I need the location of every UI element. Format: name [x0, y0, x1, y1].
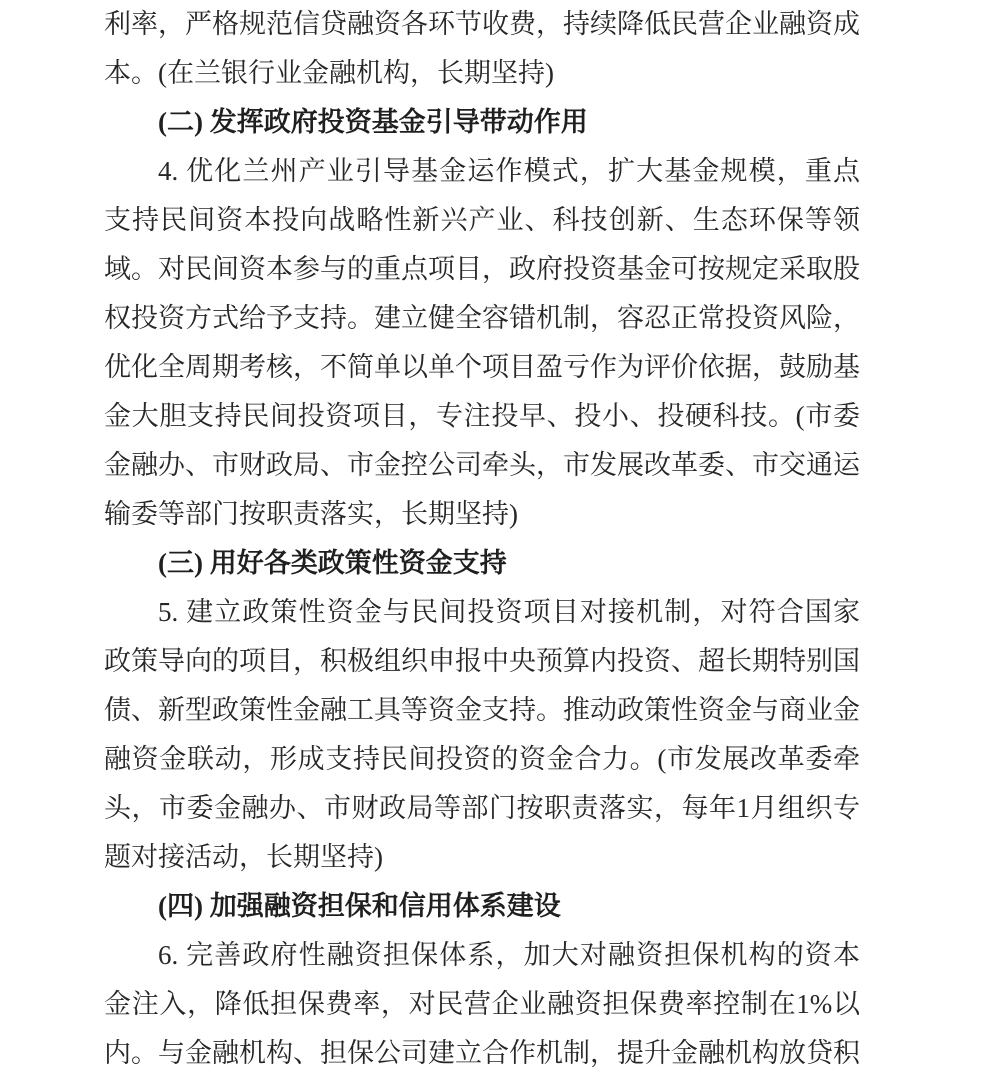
- body-text-line: 政策导向的项目，积极组织申报中央预算内投资、超长期特别国: [104, 637, 860, 686]
- document-page: 利率，严格规范信贷融资各环节收费，持续降低民营企业融资成本。(在兰银行业金融机构…: [0, 0, 984, 1077]
- section-heading: (四) 加强融资担保和信用体系建设: [104, 882, 860, 931]
- section-heading: (三) 用好各类政策性资金支持: [104, 539, 860, 588]
- body-text-line: 债、新型政策性金融工具等资金支持。推动政策性资金与商业金: [104, 686, 860, 735]
- body-text-line: 权投资方式给予支持。建立健全容错机制，容忍正常投资风险，: [104, 294, 860, 343]
- body-text-line: 内。与金融机构、担保公司建立合作机制，提升金融机构放贷积: [104, 1029, 860, 1077]
- body-text-line: 域。对民间资本参与的重点项目，政府投资基金可按规定采取股: [104, 245, 860, 294]
- body-text-line: 优化全周期考核，不简单以单个项目盈亏作为评价依据，鼓励基: [104, 343, 860, 392]
- body-text-line: 利率，严格规范信贷融资各环节收费，持续降低民营企业融资成: [104, 0, 860, 49]
- body-text-line: 4. 优化兰州产业引导基金运作模式，扩大基金规模，重点: [104, 147, 860, 196]
- body-text-line: 金注入，降低担保费率，对民营企业融资担保费率控制在1%以: [104, 980, 860, 1029]
- body-text-line: 金大胆支持民间投资项目，专注投早、投小、投硬科技。(市委: [104, 392, 860, 441]
- body-text-line: 支持民间资本投向战略性新兴产业、科技创新、生态环保等领: [104, 196, 860, 245]
- body-text-line: 金融办、市财政局、市金控公司牵头，市发展改革委、市交通运: [104, 441, 860, 490]
- body-text-line: 输委等部门按职责落实，长期坚持): [104, 490, 860, 539]
- body-text-line: 6. 完善政府性融资担保体系，加大对融资担保机构的资本: [104, 931, 860, 980]
- section-heading: (二) 发挥政府投资基金引导带动作用: [104, 98, 860, 147]
- document-body: 利率，严格规范信贷融资各环节收费，持续降低民营企业融资成本。(在兰银行业金融机构…: [0, 0, 984, 1077]
- body-text-line: 题对接活动，长期坚持): [104, 833, 860, 882]
- body-text-line: 本。(在兰银行业金融机构，长期坚持): [104, 49, 860, 98]
- body-text-line: 融资金联动，形成支持民间投资的资金合力。(市发展改革委牵: [104, 735, 860, 784]
- body-text-line: 5. 建立政策性资金与民间投资项目对接机制，对符合国家: [104, 588, 860, 637]
- body-text-line: 头，市委金融办、市财政局等部门按职责落实，每年1月组织专: [104, 784, 860, 833]
